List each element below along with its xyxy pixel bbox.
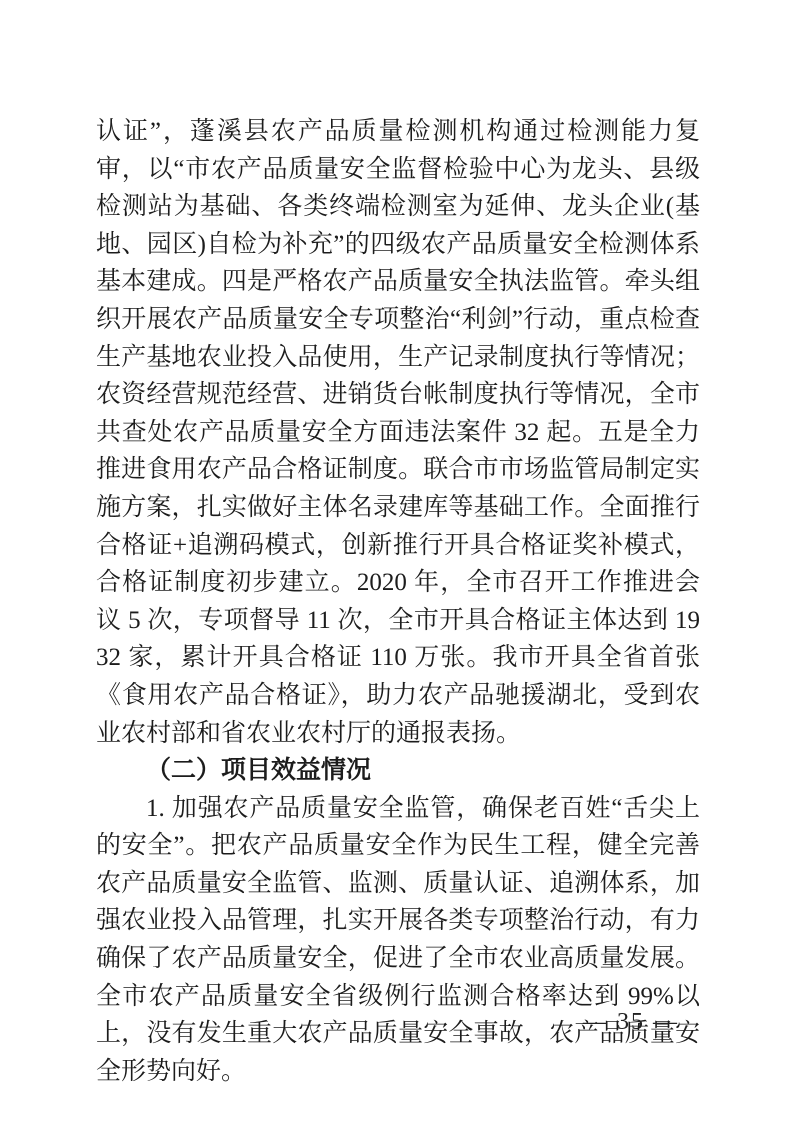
document-body: 认证”，蓬溪县农产品质量检测机构通过检测能力复审，以“市农产品质量安全监督检验中… bbox=[96, 113, 700, 1090]
paragraph-item-1: 1. 加强农产品质量安全监管，确保老百姓“舌尖上的安全”。把农产品质量安全作为民… bbox=[96, 790, 700, 1091]
page-number: — 35 — bbox=[559, 1008, 703, 1036]
section-heading: （二）项目效益情况 bbox=[96, 752, 700, 790]
paragraph-continuation: 认证”，蓬溪县农产品质量检测机构通过检测能力复审，以“市农产品质量安全监督检验中… bbox=[96, 113, 700, 752]
document-page: 认证”，蓬溪县农产品质量检测机构通过检测能力复审，以“市农产品质量安全监督检验中… bbox=[0, 0, 793, 1122]
